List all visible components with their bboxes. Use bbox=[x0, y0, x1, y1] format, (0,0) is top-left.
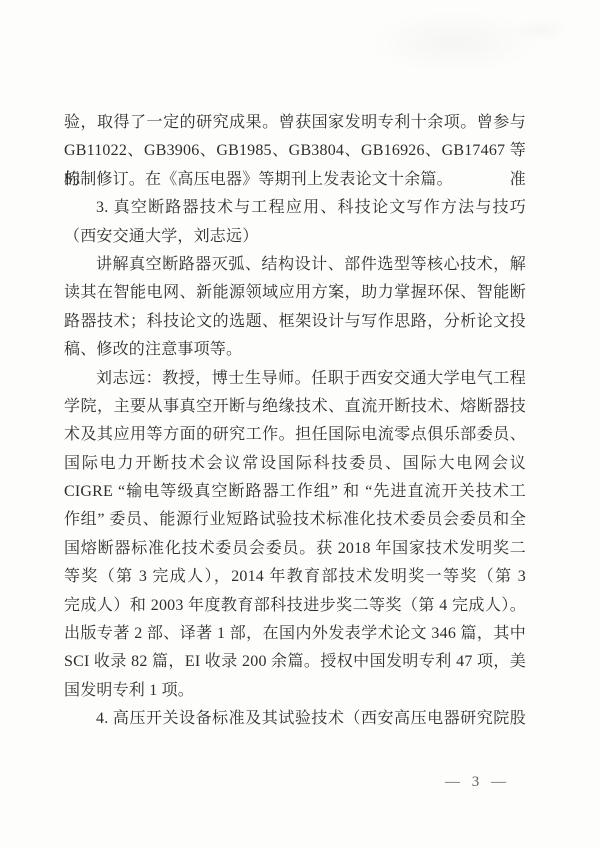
text-line: 国熔断器标准化技术委员会委员。获 2018 年国家技术发明奖二 bbox=[64, 535, 526, 563]
text-line: 完成人）和 2003 年度教育部科技进步奖二等奖（第 4 完成人）。 bbox=[64, 592, 526, 620]
page-number: — 3 — bbox=[445, 772, 510, 792]
text-line: 术及其应用等方面的研究工作。担任国际电流零点俱乐部委员、 bbox=[64, 421, 526, 449]
text-line: 出版专著 2 部、译著 1 部，在国内外发表学术论文 346 篇，其中 bbox=[64, 620, 526, 648]
text-line-bio-start: 刘志远：教授，博士生导师。任职于西安交通大学电气工程 bbox=[64, 365, 526, 393]
document-body: 验，取得了一定的研究成果。曾获国家发明专利十余项。曾参与 GB11022、GB3… bbox=[64, 109, 526, 734]
text-line: 讲解真空断路器灭弧、结构设计、部件选型等核心技术，解 bbox=[64, 251, 526, 279]
text-line-list-item-4: 4. 高压开关设备标准及其试验技术（西安高压电器研究院股 bbox=[64, 705, 526, 733]
scanned-document-page: 验，取得了一定的研究成果。曾获国家发明专利十余项。曾参与 GB11022、GB3… bbox=[0, 0, 600, 848]
text-line: CIGRE “输电等级真空断路器工作组” 和 “先进直流开关技术工 bbox=[64, 478, 526, 506]
text-line: 国发明专利 1 项。 bbox=[64, 677, 526, 705]
text-line-list-item-3: 3. 真空断路器技术与工程应用、科技论文写作方法与技巧 bbox=[64, 194, 526, 222]
text-line: SCI 收录 82 篇，EI 收录 200 余篇。授权中国发明专利 47 项，美 bbox=[64, 648, 526, 676]
text-line: 国际电力开断技术会议常设国际科技委员、国际大电网会议 bbox=[64, 450, 526, 478]
text-line: 等奖（第 3 完成人），2014 年教育部技术发明奖一等奖（第 3 bbox=[64, 563, 526, 591]
text-line: GB11022、GB3906、GB1985、GB3804、GB16926、GB1… bbox=[64, 137, 526, 165]
text-line: 学院，主要从事真空开断与绝缘技术、直流开断技术、熔断器技 bbox=[64, 393, 526, 421]
text-line: 路器技术；科技论文的选题、框架设计与写作思路，分析论文投 bbox=[64, 308, 526, 336]
text-line: 验，取得了一定的研究成果。曾获国家发明专利十余项。曾参与 bbox=[64, 109, 526, 137]
text-line: 稿、修改的注意事项等。 bbox=[64, 336, 526, 364]
text-line: 作组” 委员、能源行业短路试验技术标准化技术委员会委员和全 bbox=[64, 506, 526, 534]
text-line: （西安交通大学，刘志远） bbox=[64, 223, 526, 251]
text-line: 读其在智能电网、新能源领域应用方案，助力掌握环保、智能断 bbox=[64, 279, 526, 307]
